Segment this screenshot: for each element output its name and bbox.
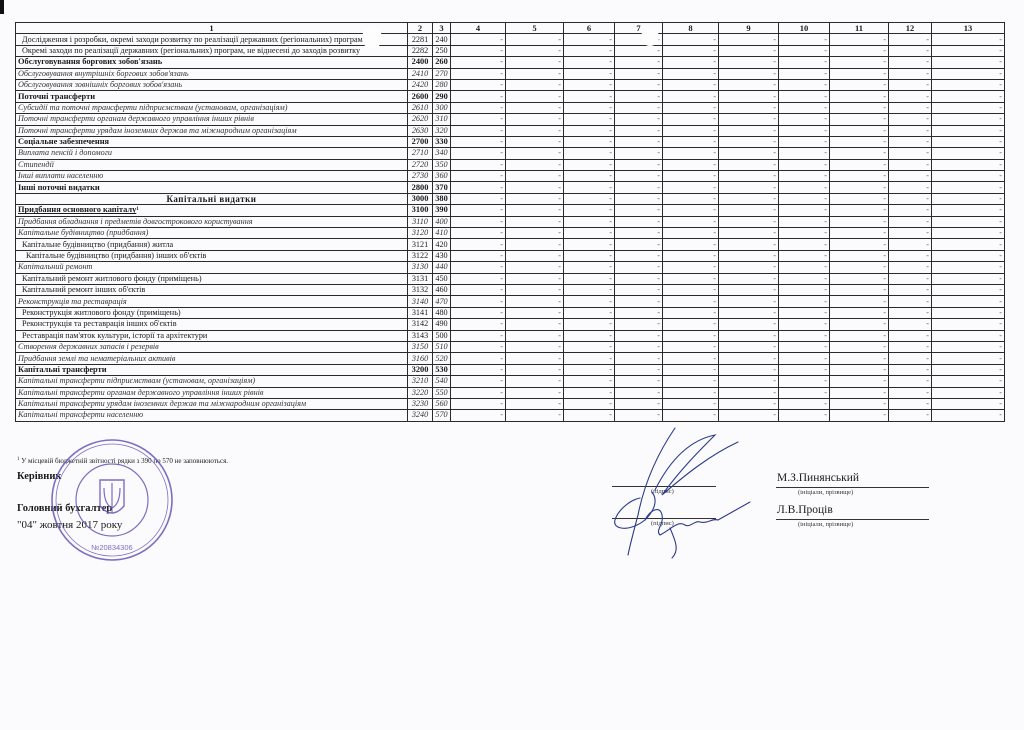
value-cell-col-7: - bbox=[615, 171, 663, 182]
row-label: Придбання обладнання і предметів довгост… bbox=[16, 216, 408, 227]
kekv-code: 3122 bbox=[408, 250, 433, 261]
value-cell-col-7: - bbox=[615, 273, 663, 284]
row-label: Капітальне будівництво (придбання) інших… bbox=[16, 250, 408, 261]
value-cell-col-10: - bbox=[779, 57, 830, 68]
value-cell-col-12: - bbox=[889, 228, 932, 239]
value-cell-col-6: - bbox=[564, 34, 615, 45]
row-label-text: Обслуговування внутрішніх боргових зобов… bbox=[18, 69, 189, 78]
value-cell-col-9: - bbox=[719, 228, 779, 239]
value-cell-col-12: - bbox=[889, 250, 932, 261]
value-cell-col-9: - bbox=[719, 125, 779, 136]
footnote-mark: 1 bbox=[17, 457, 20, 462]
value-cell-col-4: - bbox=[451, 410, 506, 421]
value-cell-col-8: - bbox=[663, 171, 719, 182]
value-cell-col-13: - bbox=[932, 410, 1005, 421]
value-cell-col-11: - bbox=[830, 171, 889, 182]
kekv-code: 3210 bbox=[408, 376, 433, 387]
value-cell-col-4: - bbox=[451, 193, 506, 204]
value-cell-col-4: - bbox=[451, 114, 506, 125]
kekv-code: 2610 bbox=[408, 102, 433, 113]
value-cell-col-12: - bbox=[889, 284, 932, 295]
row-label: Соціальне забезпечення bbox=[16, 136, 408, 147]
value-cell-col-12: - bbox=[889, 216, 932, 227]
table-row: Придбання основного капіталу13100390----… bbox=[16, 205, 1005, 216]
row-label-text: Капітальні трансферти урядам іноземних д… bbox=[18, 399, 306, 408]
value-cell-col-4: - bbox=[451, 284, 506, 295]
value-cell-col-13: - bbox=[932, 114, 1005, 125]
table-row: Реконструкція та реставрація інших об'єк… bbox=[16, 319, 1005, 330]
value-cell-col-9: - bbox=[719, 114, 779, 125]
table-row: Поточні трансферти2600290---------- bbox=[16, 91, 1005, 102]
value-cell-col-12: - bbox=[889, 193, 932, 204]
value-cell-col-6: - bbox=[564, 376, 615, 387]
value-cell-col-7: - bbox=[615, 125, 663, 136]
value-cell-col-13: - bbox=[932, 68, 1005, 79]
value-cell-col-6: - bbox=[564, 341, 615, 352]
column-header-1: 1 bbox=[16, 23, 408, 34]
row-label: Придбання основного капіталу1 bbox=[16, 205, 408, 216]
value-cell-col-13: - bbox=[932, 239, 1005, 250]
table-row: Дослідження і розробки, окремі заходи ро… bbox=[16, 34, 1005, 45]
value-cell-col-8: - bbox=[663, 159, 719, 170]
value-cell-col-6: - bbox=[564, 296, 615, 307]
value-cell-col-5: - bbox=[506, 228, 564, 239]
value-cell-col-9: - bbox=[719, 182, 779, 193]
value-cell-col-5: - bbox=[506, 193, 564, 204]
value-cell-col-11: - bbox=[830, 216, 889, 227]
value-cell-col-5: - bbox=[506, 262, 564, 273]
value-cell-col-8: - bbox=[663, 364, 719, 375]
row-label: Поточні трансферти органам державного уп… bbox=[16, 114, 408, 125]
value-cell-col-8: - bbox=[663, 102, 719, 113]
kekv-code: 3110 bbox=[408, 216, 433, 227]
table-row: Капітальний ремонт3130440---------- bbox=[16, 262, 1005, 273]
row-number: 370 bbox=[433, 182, 451, 193]
row-number: 300 bbox=[433, 102, 451, 113]
table-row: Капітальні трансферти населенню3240570--… bbox=[16, 410, 1005, 421]
row-label-text: Субсидії та поточні трансферти підприємс… bbox=[18, 103, 287, 112]
value-cell-col-8: - bbox=[663, 228, 719, 239]
value-cell-col-4: - bbox=[451, 159, 506, 170]
row-number: 530 bbox=[433, 364, 451, 375]
value-cell-col-8: - bbox=[663, 57, 719, 68]
value-cell-col-7: - bbox=[615, 250, 663, 261]
kekv-code: 2600 bbox=[408, 91, 433, 102]
value-cell-col-7: - bbox=[615, 307, 663, 318]
value-cell-col-6: - bbox=[564, 45, 615, 56]
value-cell-col-6: - bbox=[564, 387, 615, 398]
value-cell-col-5: - bbox=[506, 171, 564, 182]
value-cell-col-12: - bbox=[889, 364, 932, 375]
value-cell-col-4: - bbox=[451, 296, 506, 307]
value-cell-col-13: - bbox=[932, 273, 1005, 284]
row-number: 290 bbox=[433, 91, 451, 102]
row-label: Реставрація пам'яток культури, історії т… bbox=[16, 330, 408, 341]
value-cell-col-6: - bbox=[564, 262, 615, 273]
row-label: Реконструкція та реставрація інших об'єк… bbox=[16, 319, 408, 330]
row-label-text: Поточні трансферти bbox=[18, 92, 95, 101]
value-cell-col-11: - bbox=[830, 273, 889, 284]
value-cell-col-7: - bbox=[615, 262, 663, 273]
value-cell-col-11: - bbox=[830, 193, 889, 204]
value-cell-col-13: - bbox=[932, 57, 1005, 68]
head-name-line bbox=[776, 487, 929, 488]
value-cell-col-12: - bbox=[889, 376, 932, 387]
value-cell-col-13: - bbox=[932, 45, 1005, 56]
value-cell-col-12: - bbox=[889, 171, 932, 182]
kekv-code: 2800 bbox=[408, 182, 433, 193]
value-cell-col-7: - bbox=[615, 68, 663, 79]
value-cell-col-11: - bbox=[830, 341, 889, 352]
value-cell-col-4: - bbox=[451, 273, 506, 284]
table-row: Придбання землі та нематеріальних активі… bbox=[16, 353, 1005, 364]
value-cell-col-5: - bbox=[506, 102, 564, 113]
table-row: Виплата пенсій і допомоги2710340--------… bbox=[16, 148, 1005, 159]
value-cell-col-10: - bbox=[779, 250, 830, 261]
value-cell-col-4: - bbox=[451, 148, 506, 159]
row-label: Капітальний ремонт житлового фонду (прим… bbox=[16, 273, 408, 284]
row-label-text: Виплата пенсій і допомоги bbox=[18, 148, 112, 157]
head-name: М.З.Пинянський bbox=[777, 472, 859, 484]
value-cell-col-9: - bbox=[719, 353, 779, 364]
value-cell-col-9: - bbox=[719, 330, 779, 341]
value-cell-col-10: - bbox=[779, 91, 830, 102]
column-header-9: 9 bbox=[719, 23, 779, 34]
value-cell-col-12: - bbox=[889, 79, 932, 90]
row-label-text: Інші поточні видатки bbox=[18, 183, 100, 192]
value-cell-col-7: - bbox=[615, 57, 663, 68]
value-cell-col-6: - bbox=[564, 307, 615, 318]
row-number: 430 bbox=[433, 250, 451, 261]
value-cell-col-6: - bbox=[564, 205, 615, 216]
value-cell-col-8: - bbox=[663, 250, 719, 261]
value-cell-col-10: - bbox=[779, 410, 830, 421]
row-label-text: Соціальне забезпечення bbox=[18, 137, 109, 146]
value-cell-col-11: - bbox=[830, 262, 889, 273]
value-cell-col-13: - bbox=[932, 125, 1005, 136]
value-cell-col-12: - bbox=[889, 262, 932, 273]
table-row: Окремі заходи по реалізації державних (р… bbox=[16, 45, 1005, 56]
column-header-10: 10 bbox=[779, 23, 830, 34]
value-cell-col-10: - bbox=[779, 216, 830, 227]
value-cell-col-4: - bbox=[451, 45, 506, 56]
value-cell-col-9: - bbox=[719, 398, 779, 409]
value-cell-col-7: - bbox=[615, 114, 663, 125]
value-cell-col-11: - bbox=[830, 159, 889, 170]
row-label-text: Придбання основного капіталу bbox=[18, 205, 136, 214]
value-cell-col-5: - bbox=[506, 376, 564, 387]
value-cell-col-9: - bbox=[719, 171, 779, 182]
value-cell-col-9: - bbox=[719, 216, 779, 227]
value-cell-col-13: - bbox=[932, 228, 1005, 239]
value-cell-col-10: - bbox=[779, 273, 830, 284]
value-cell-col-12: - bbox=[889, 102, 932, 113]
value-cell-col-11: - bbox=[830, 102, 889, 113]
row-label-text: Капітальні трансферти органам державного… bbox=[18, 388, 263, 397]
value-cell-col-4: - bbox=[451, 205, 506, 216]
row-number: 560 bbox=[433, 398, 451, 409]
value-cell-col-11: - bbox=[830, 284, 889, 295]
value-cell-col-5: - bbox=[506, 341, 564, 352]
value-cell-col-9: - bbox=[719, 284, 779, 295]
value-cell-col-4: - bbox=[451, 364, 506, 375]
table-row: Капітальний ремонт інших об'єктів3132460… bbox=[16, 284, 1005, 295]
value-cell-col-7: - bbox=[615, 398, 663, 409]
table-row: Соціальне забезпечення2700330---------- bbox=[16, 136, 1005, 147]
value-cell-col-5: - bbox=[506, 216, 564, 227]
row-number: 310 bbox=[433, 114, 451, 125]
punch-hole bbox=[641, 28, 659, 46]
row-number: 520 bbox=[433, 353, 451, 364]
value-cell-col-10: - bbox=[779, 228, 830, 239]
value-cell-col-13: - bbox=[932, 148, 1005, 159]
value-cell-col-8: - bbox=[663, 205, 719, 216]
value-cell-col-9: - bbox=[719, 296, 779, 307]
table-row: Капітальні трансферти урядам іноземних д… bbox=[16, 398, 1005, 409]
value-cell-col-4: - bbox=[451, 330, 506, 341]
table-row: Капітальне будівництво (придбання) житла… bbox=[16, 239, 1005, 250]
value-cell-col-5: - bbox=[506, 34, 564, 45]
value-cell-col-13: - bbox=[932, 330, 1005, 341]
value-cell-col-8: - bbox=[663, 34, 719, 45]
row-label: Стипендії bbox=[16, 159, 408, 170]
value-cell-col-12: - bbox=[889, 114, 932, 125]
value-cell-col-4: - bbox=[451, 216, 506, 227]
value-cell-col-13: - bbox=[932, 193, 1005, 204]
row-label: Поточні трансферти bbox=[16, 91, 408, 102]
value-cell-col-10: - bbox=[779, 330, 830, 341]
footnote-mark: 1 bbox=[136, 207, 139, 212]
value-cell-col-11: - bbox=[830, 205, 889, 216]
table-row: Капітальні трансферти підприємствам (уст… bbox=[16, 376, 1005, 387]
value-cell-col-13: - bbox=[932, 136, 1005, 147]
value-cell-col-10: - bbox=[779, 239, 830, 250]
row-number: 340 bbox=[433, 148, 451, 159]
column-header-6: 6 bbox=[564, 23, 615, 34]
value-cell-col-12: - bbox=[889, 296, 932, 307]
row-label: Капітальний ремонт інших об'єктів bbox=[16, 284, 408, 295]
value-cell-col-12: - bbox=[889, 319, 932, 330]
kekv-code: 2700 bbox=[408, 136, 433, 147]
value-cell-col-11: - bbox=[830, 68, 889, 79]
value-cell-col-10: - bbox=[779, 387, 830, 398]
row-number: 410 bbox=[433, 228, 451, 239]
value-cell-col-9: - bbox=[719, 262, 779, 273]
row-label: Капітальні трансферти населенню bbox=[16, 410, 408, 421]
value-cell-col-6: - bbox=[564, 364, 615, 375]
value-cell-col-10: - bbox=[779, 341, 830, 352]
value-cell-col-11: - bbox=[830, 148, 889, 159]
value-cell-col-4: - bbox=[451, 125, 506, 136]
kekv-code: 2400 bbox=[408, 57, 433, 68]
table-row: Субсидії та поточні трансферти підприємс… bbox=[16, 102, 1005, 113]
value-cell-col-11: - bbox=[830, 57, 889, 68]
column-header-8: 8 bbox=[663, 23, 719, 34]
row-label-text: Дослідження і розробки, окремі заходи ро… bbox=[22, 35, 363, 44]
row-number: 350 bbox=[433, 159, 451, 170]
value-cell-col-11: - bbox=[830, 398, 889, 409]
row-label: Обслуговування внутрішніх боргових зобов… bbox=[16, 68, 408, 79]
row-label-text: Капітальні трансферти населенню bbox=[18, 410, 143, 419]
value-cell-col-13: - bbox=[932, 205, 1005, 216]
value-cell-col-4: - bbox=[451, 376, 506, 387]
kekv-code: 3121 bbox=[408, 239, 433, 250]
value-cell-col-10: - bbox=[779, 193, 830, 204]
value-cell-col-5: - bbox=[506, 330, 564, 341]
value-cell-col-7: - bbox=[615, 45, 663, 56]
kekv-code: 2720 bbox=[408, 159, 433, 170]
table-row: Капітальне будівництво (придбання) інших… bbox=[16, 250, 1005, 261]
table-row: Обслуговування боргових зобов'язань24002… bbox=[16, 57, 1005, 68]
value-cell-col-13: - bbox=[932, 387, 1005, 398]
table-row: Інші поточні видатки2800370---------- bbox=[16, 182, 1005, 193]
row-label-text: Обслуговування боргових зобов'язань bbox=[18, 57, 162, 66]
value-cell-col-6: - bbox=[564, 136, 615, 147]
value-cell-col-7: - bbox=[615, 205, 663, 216]
value-cell-col-8: - bbox=[663, 45, 719, 56]
row-label: Капітальні трансферти урядам іноземних д… bbox=[16, 398, 408, 409]
value-cell-col-9: - bbox=[719, 57, 779, 68]
row-number: 250 bbox=[433, 45, 451, 56]
value-cell-col-11: - bbox=[830, 353, 889, 364]
value-cell-col-5: - bbox=[506, 410, 564, 421]
value-cell-col-12: - bbox=[889, 136, 932, 147]
column-header-4: 4 bbox=[451, 23, 506, 34]
value-cell-col-5: - bbox=[506, 45, 564, 56]
value-cell-col-5: - bbox=[506, 387, 564, 398]
value-cell-col-8: - bbox=[663, 353, 719, 364]
table-row: Реконструкція та реставрація3140470-----… bbox=[16, 296, 1005, 307]
value-cell-col-12: - bbox=[889, 45, 932, 56]
row-label: Капітальні трансферти bbox=[16, 364, 408, 375]
value-cell-col-11: - bbox=[830, 91, 889, 102]
row-label: Капітальні трансферти органам державного… bbox=[16, 387, 408, 398]
value-cell-col-5: - bbox=[506, 307, 564, 318]
value-cell-col-10: - bbox=[779, 68, 830, 79]
value-cell-col-5: - bbox=[506, 182, 564, 193]
value-cell-col-12: - bbox=[889, 387, 932, 398]
row-number: 270 bbox=[433, 68, 451, 79]
row-label-text: Капітальний ремонт інших об'єктів bbox=[22, 285, 145, 294]
row-number: 550 bbox=[433, 387, 451, 398]
value-cell-col-5: - bbox=[506, 364, 564, 375]
value-cell-col-12: - bbox=[889, 182, 932, 193]
value-cell-col-10: - bbox=[779, 296, 830, 307]
value-cell-col-9: - bbox=[719, 159, 779, 170]
value-cell-col-11: - bbox=[830, 239, 889, 250]
table-row: Стипендії2720350---------- bbox=[16, 159, 1005, 170]
row-number: 500 bbox=[433, 330, 451, 341]
value-cell-col-13: - bbox=[932, 353, 1005, 364]
kekv-code: 3100 bbox=[408, 205, 433, 216]
row-number: 510 bbox=[433, 341, 451, 352]
table-row: Придбання обладнання і предметів довгост… bbox=[16, 216, 1005, 227]
accountant-name: Л.В.Проців bbox=[777, 504, 833, 516]
row-label: Інші поточні видатки bbox=[16, 182, 408, 193]
value-cell-col-8: - bbox=[663, 182, 719, 193]
column-header-3: 3 bbox=[433, 23, 451, 34]
value-cell-col-7: - bbox=[615, 193, 663, 204]
value-cell-col-11: - bbox=[830, 79, 889, 90]
value-cell-col-11: - bbox=[830, 364, 889, 375]
value-cell-col-10: - bbox=[779, 171, 830, 182]
value-cell-col-8: - bbox=[663, 284, 719, 295]
kekv-code: 2630 bbox=[408, 125, 433, 136]
value-cell-col-8: - bbox=[663, 398, 719, 409]
value-cell-col-8: - bbox=[663, 319, 719, 330]
row-label: Капітальні видатки bbox=[16, 193, 408, 204]
value-cell-col-8: - bbox=[663, 91, 719, 102]
value-cell-col-6: - bbox=[564, 228, 615, 239]
value-cell-col-6: - bbox=[564, 193, 615, 204]
value-cell-col-9: - bbox=[719, 205, 779, 216]
row-label-text: Обслуговування зовнішніх боргових зобов'… bbox=[18, 80, 182, 89]
value-cell-col-12: - bbox=[889, 159, 932, 170]
value-cell-col-7: - bbox=[615, 228, 663, 239]
kekv-code: 3142 bbox=[408, 319, 433, 330]
value-cell-col-9: - bbox=[719, 148, 779, 159]
value-cell-col-8: - bbox=[663, 136, 719, 147]
row-label-text: Придбання землі та нематеріальних активі… bbox=[18, 354, 175, 363]
value-cell-col-13: - bbox=[932, 216, 1005, 227]
value-cell-col-5: - bbox=[506, 273, 564, 284]
value-cell-col-9: - bbox=[719, 45, 779, 56]
value-cell-col-5: - bbox=[506, 284, 564, 295]
value-cell-col-9: - bbox=[719, 193, 779, 204]
value-cell-col-8: - bbox=[663, 262, 719, 273]
value-cell-col-10: - bbox=[779, 34, 830, 45]
kekv-code: 3132 bbox=[408, 284, 433, 295]
value-cell-col-7: - bbox=[615, 182, 663, 193]
table-row: Поточні трансферти органам державного уп… bbox=[16, 114, 1005, 125]
row-number: 540 bbox=[433, 376, 451, 387]
value-cell-col-10: - bbox=[779, 376, 830, 387]
scan-edge-mark bbox=[0, 0, 4, 14]
value-cell-col-5: - bbox=[506, 57, 564, 68]
column-header-11: 11 bbox=[830, 23, 889, 34]
value-cell-col-11: - bbox=[830, 34, 889, 45]
row-label: Дослідження і розробки, окремі заходи ро… bbox=[16, 34, 408, 45]
value-cell-col-5: - bbox=[506, 68, 564, 79]
value-cell-col-12: - bbox=[889, 307, 932, 318]
value-cell-col-6: - bbox=[564, 216, 615, 227]
kekv-code: 2420 bbox=[408, 79, 433, 90]
kekv-code: 2620 bbox=[408, 114, 433, 125]
row-label: Виплата пенсій і допомоги bbox=[16, 148, 408, 159]
value-cell-col-10: - bbox=[779, 398, 830, 409]
value-cell-col-9: - bbox=[719, 376, 779, 387]
value-cell-col-9: - bbox=[719, 68, 779, 79]
kekv-code: 3000 bbox=[408, 193, 433, 204]
row-label-text: Реконструкція та реставрація інших об'єк… bbox=[22, 319, 177, 328]
row-label-text: Капітальне будівництво (придбання) bbox=[18, 228, 148, 237]
value-cell-col-4: - bbox=[451, 136, 506, 147]
kekv-code: 3160 bbox=[408, 353, 433, 364]
value-cell-col-11: - bbox=[830, 387, 889, 398]
value-cell-col-4: - bbox=[451, 262, 506, 273]
row-number: 460 bbox=[433, 284, 451, 295]
row-number: 570 bbox=[433, 410, 451, 421]
value-cell-col-7: - bbox=[615, 296, 663, 307]
value-cell-col-13: - bbox=[932, 296, 1005, 307]
value-cell-col-4: - bbox=[451, 341, 506, 352]
row-label: Окремі заходи по реалізації державних (р… bbox=[16, 45, 408, 56]
kekv-code: 3220 bbox=[408, 387, 433, 398]
row-label-text: Поточні трансферти органам державного уп… bbox=[18, 114, 254, 123]
value-cell-col-9: - bbox=[719, 79, 779, 90]
value-cell-col-8: - bbox=[663, 341, 719, 352]
value-cell-col-5: - bbox=[506, 205, 564, 216]
